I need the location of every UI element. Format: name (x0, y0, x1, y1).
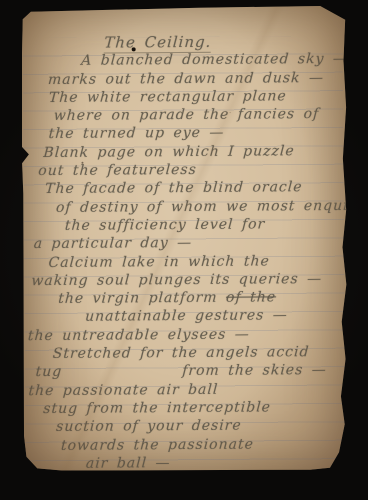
poem-line: the passionate air ball (28, 380, 333, 400)
poem-line: suction of your desire (56, 416, 331, 436)
poem-line: Stretched for the angels accid (52, 343, 335, 363)
struck-words: of the (226, 290, 277, 306)
poem-line: the virgin platform of the (58, 288, 339, 308)
poem-title-row: The Ceiling. (46, 32, 355, 52)
poem-line: a particular day — (33, 233, 342, 253)
poem-line-text: the virgin platform (58, 290, 227, 307)
poem-line: where on parade the fancies of (53, 105, 350, 125)
poem-line: the sufficiency level for (64, 215, 343, 235)
poem-line: Calcium lake in which the (48, 251, 341, 271)
poem-line: The facade of the blind oracle (45, 178, 346, 198)
poem-line-text: from the skies — (182, 362, 327, 379)
poem-line: Blank page on which I puzzle (43, 142, 348, 162)
poem-line: A blanched domesticated sky — (81, 50, 354, 70)
poem-line: of destiny of whom we most enquire (55, 197, 344, 217)
poem-line: stug from the interceptible (43, 398, 332, 418)
poem-line: unattainable gestures — (84, 306, 337, 326)
poem-line: The white rectangular plane (48, 87, 351, 107)
photo-background: The Ceiling. A blanched domesticated sky… (0, 0, 368, 500)
poem-line: marks out the dawn and dusk — (47, 68, 352, 88)
poem-line: the untreadable elysees — (27, 325, 336, 345)
manuscript-paper: The Ceiling. A blanched domesticated sky… (19, 5, 349, 473)
poem-line: air ball — (85, 453, 328, 473)
handwritten-poem: The Ceiling. A blanched domesticated sky… (19, 32, 355, 473)
poem-line: towards the passionate (60, 435, 329, 455)
poem-line: out the featureless (38, 160, 347, 180)
poem-line: waking soul plunges its queries — (31, 270, 340, 290)
poem-line: the turned up eye — (48, 123, 349, 143)
poem-line: tugfrom the skies — (35, 361, 334, 381)
inserted-word: tug (35, 364, 63, 380)
